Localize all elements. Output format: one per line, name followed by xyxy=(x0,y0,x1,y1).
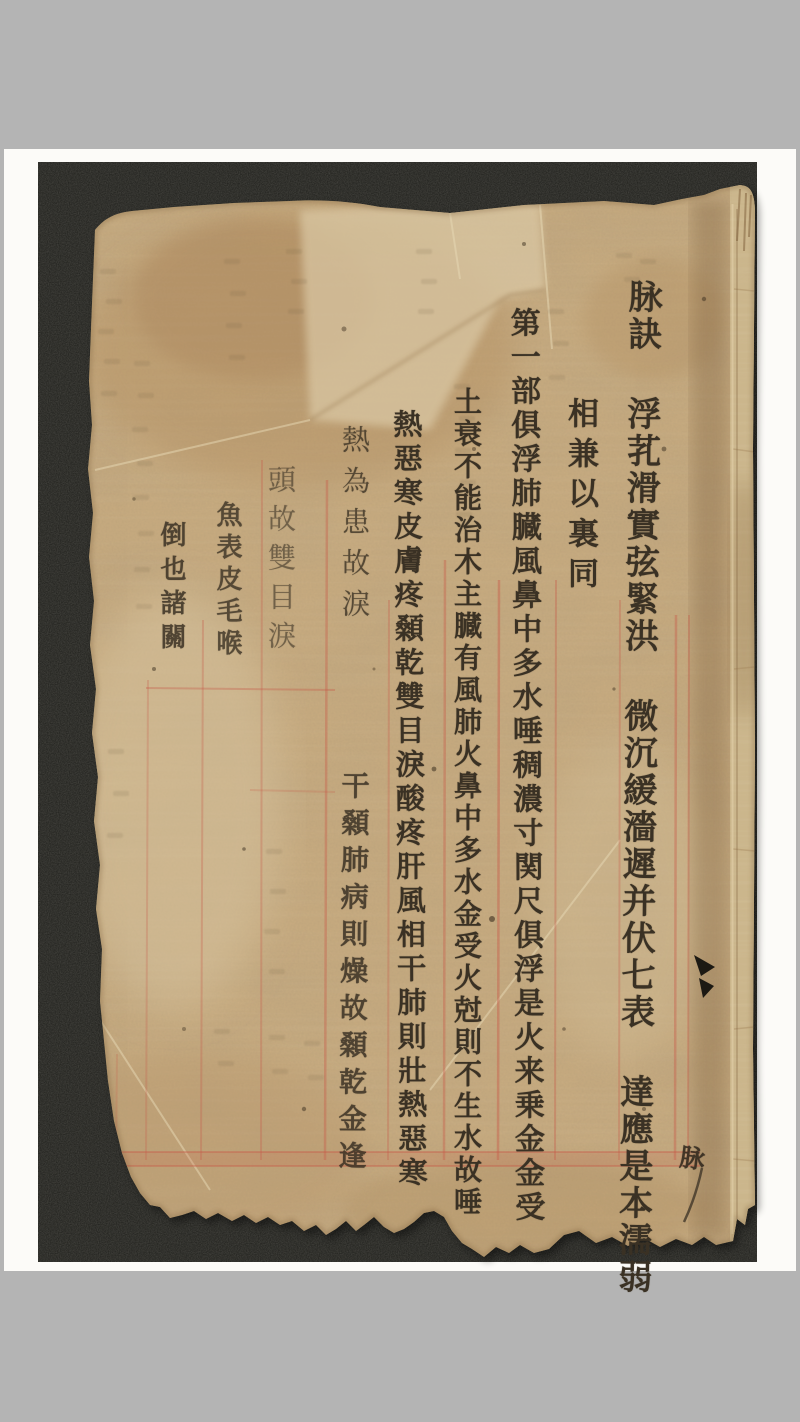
body-column-8: 魚表皮毛喉 xyxy=(214,501,240,661)
page-catchword: 脉 xyxy=(678,1138,707,1177)
body-column-9: 倒也諸關 xyxy=(158,521,184,657)
body-column-6-lower: 干顙肺病則燥故顙乾金逢 xyxy=(336,771,368,1178)
viewer-background: 脉訣 浮芤滑實弦緊洪 微沉緩濇遲并伏七表 達應是本濡弱 相兼以裏同 第一部俱浮肺… xyxy=(0,0,800,1422)
body-column-5: 熱惡寒皮膚疼顙乾雙目淚酸疼肝風相干肺則壯熱惡寒 xyxy=(391,409,425,1191)
body-column-6-upper: 熱為患故淚 xyxy=(340,425,368,630)
body-column-7-upper: 頭故雙目淚 xyxy=(266,465,294,660)
pulse-verse-title-column: 脉訣 浮芤滑實弦緊洪 微沉緩濇遲并伏七表 達應是本濡弱 xyxy=(615,279,660,1296)
scanned-page: 脉訣 浮芤滑實弦緊洪 微沉緩濇遲并伏七表 達應是本濡弱 相兼以裏同 第一部俱浮肺… xyxy=(4,149,796,1271)
body-column-4: 土衰不能治木主臓有風肺火鼻中多水金受火尅則不生水故唾 xyxy=(452,387,480,1219)
verse-column-2: 相兼以裏同 xyxy=(564,397,595,597)
body-column-3: 第一部俱浮肺臓風鼻中多水唾稠濃寸関尺俱浮是火来乗金金受 xyxy=(507,307,542,1225)
